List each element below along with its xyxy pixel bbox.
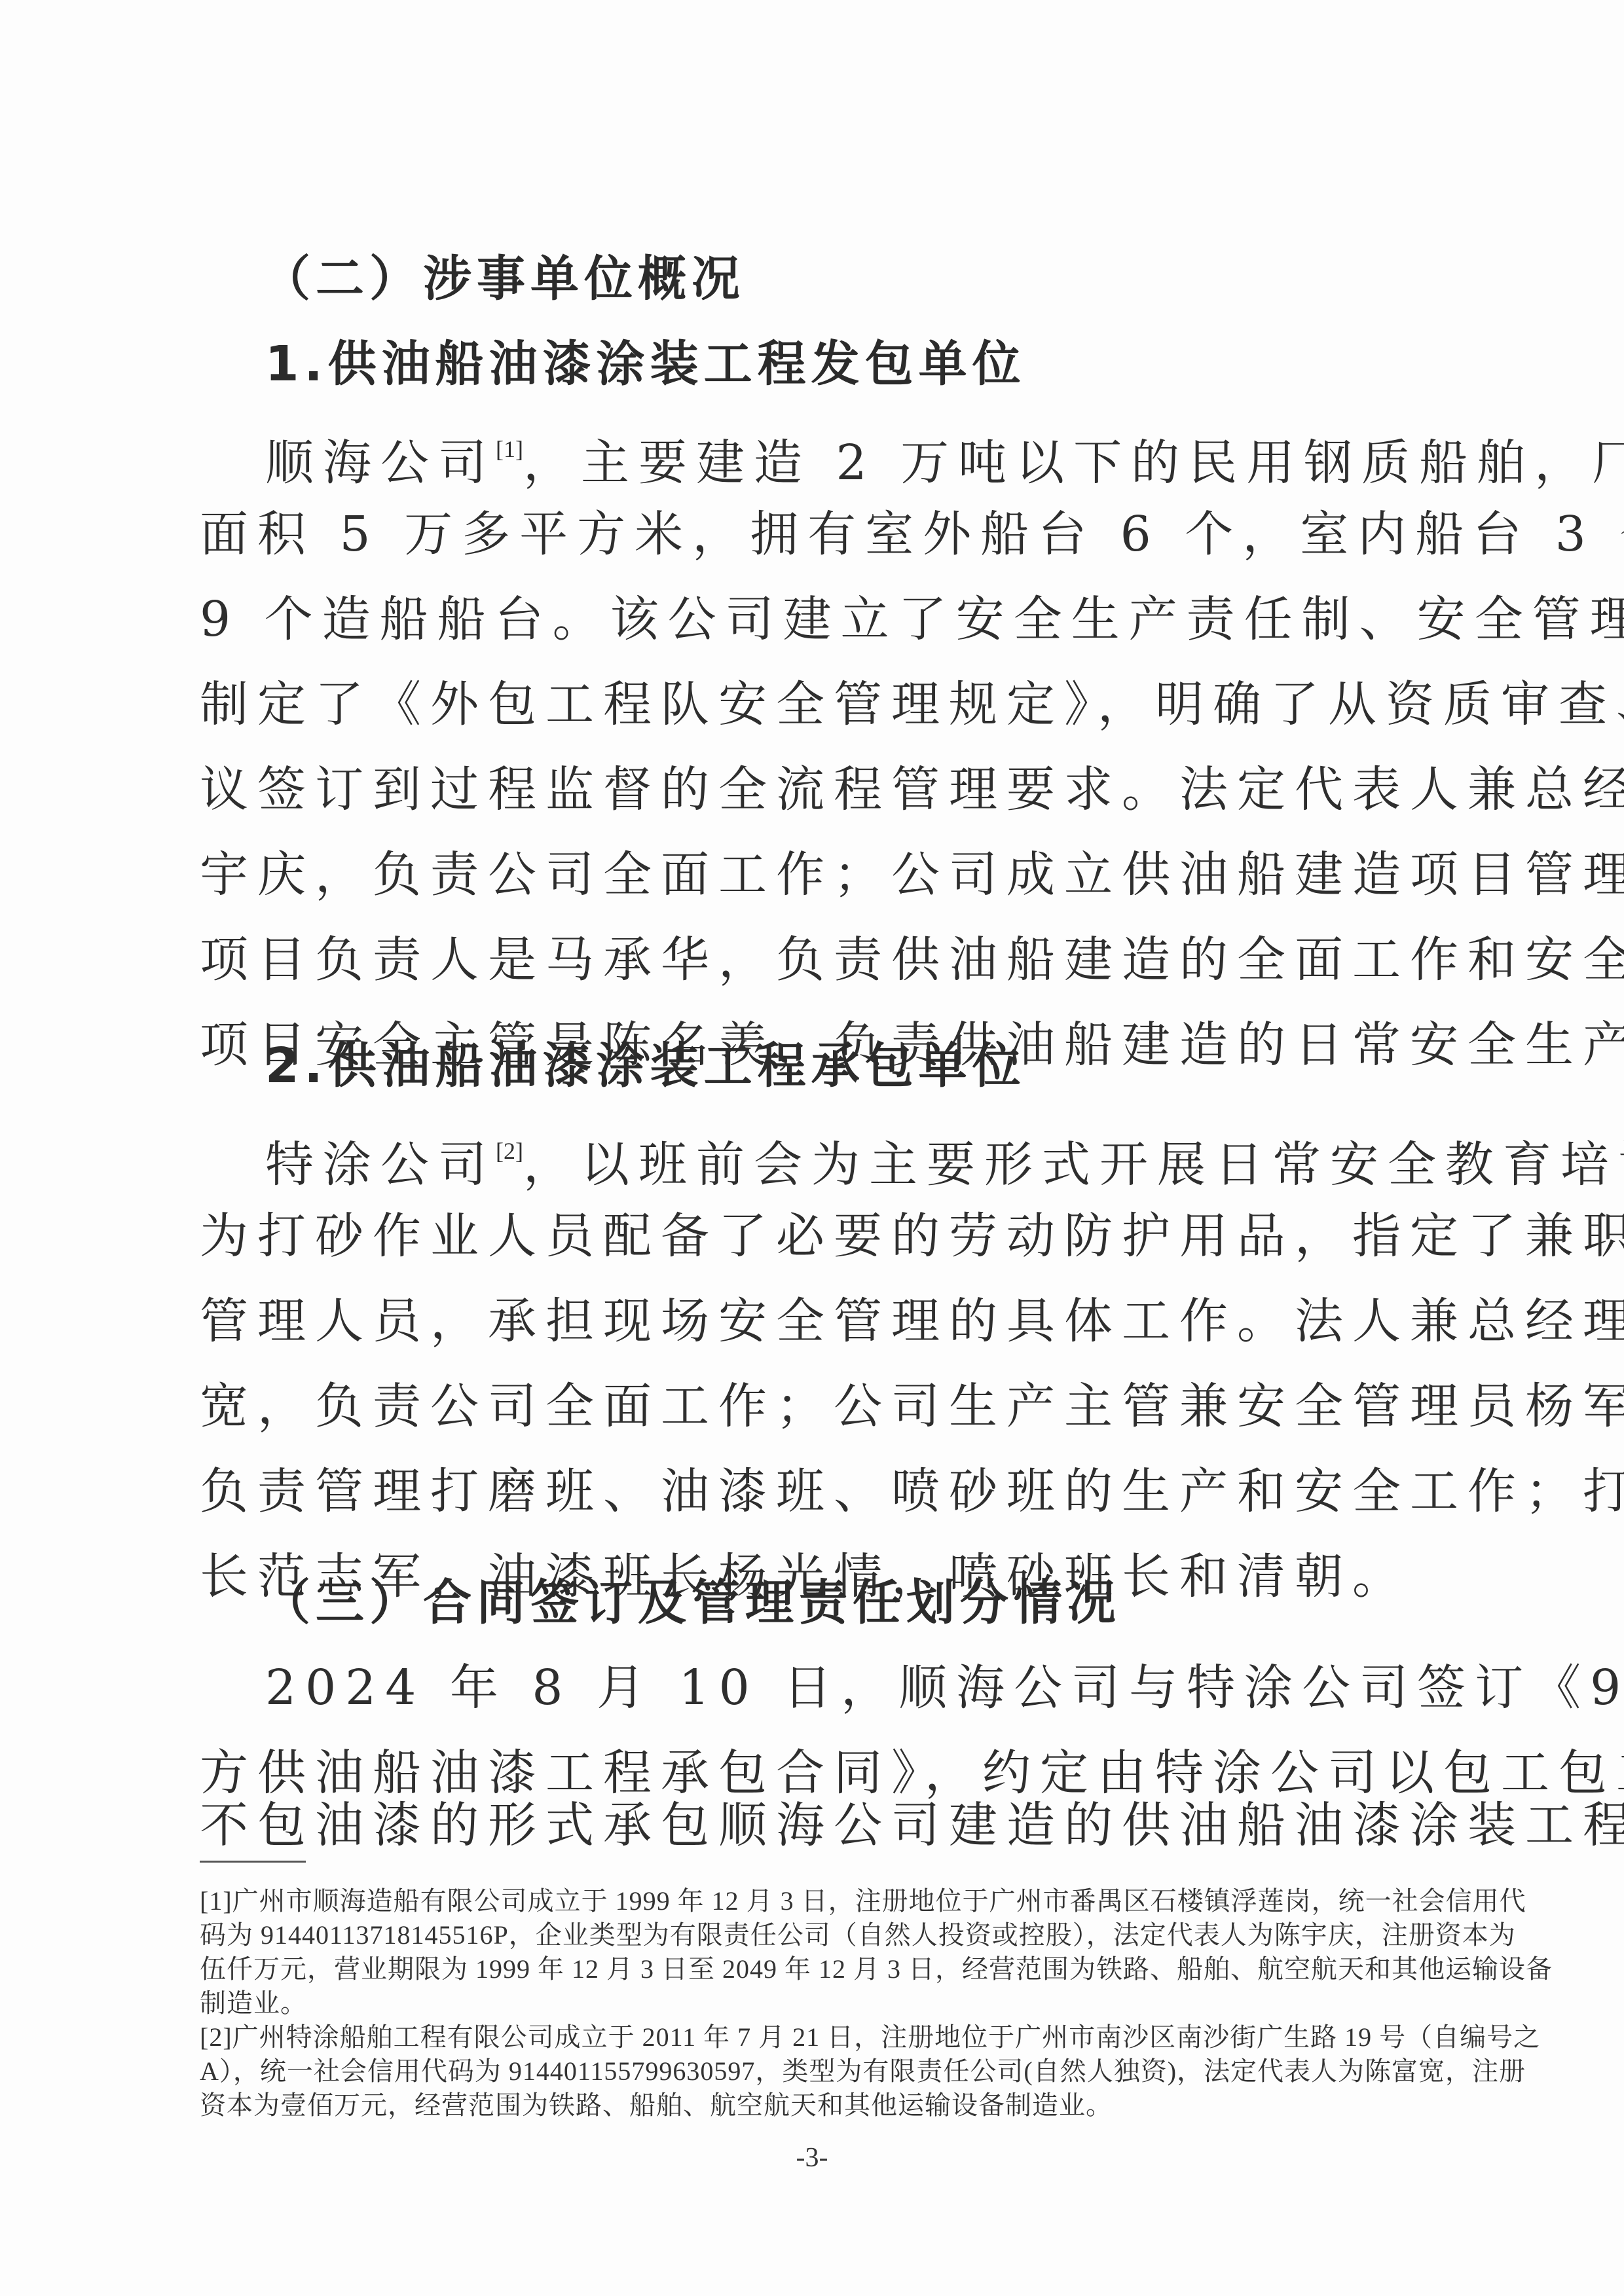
- text: 顺海公司: [265, 435, 496, 491]
- subsection-heading-2: 2.供油船油漆涂装工程承包单位: [265, 1033, 1026, 1099]
- subsection-heading-1: 1.供油船油漆涂装工程发包单位: [265, 331, 1026, 397]
- paragraph-line: 负责管理打磨班、油漆班、喷砂班的生产和安全工作；打磨班: [200, 1459, 1372, 1524]
- document-page: （二）涉事单位概况 1.供油船油漆涂装工程发包单位 顺海公司[1]，主要建造 2…: [0, 0, 1624, 2296]
- paragraph-line: 管理人员，承担现场安全管理的具体工作。法人兼总经理陈富: [200, 1288, 1372, 1354]
- paragraph-line: 议签订到过程监督的全流程管理要求。法定代表人兼总经理陈: [200, 757, 1372, 822]
- text: ，以班前会为主要形式开展日常安全教育培训，: [523, 1137, 1624, 1193]
- footnote-1-line: 制造业。: [200, 1986, 1372, 2020]
- paragraph-line: 宇庆，负责公司全面工作；公司成立供油船建造项目管理架构，: [200, 842, 1372, 907]
- footnote-2-line: A），统一社会信用代码为 91440115579963059​7，类型为有限责任…: [200, 2054, 1372, 2088]
- text: ，主要建造 2 万吨以下的民用钢质船舶，厂区: [523, 435, 1624, 491]
- page-number: -3-: [0, 2142, 1624, 2174]
- paragraph-line: 顺海公司[1]，主要建造 2 万吨以下的民用钢质船舶，厂区: [265, 416, 1372, 496]
- footnote-1-line: [1]广州市顺海造船有限公司成立于 1999 年 12 月 3 日，注册地位于广…: [200, 1884, 1372, 1918]
- footnote-2-line: [2]广州特涂船舶工程有限公司成立于 2011 年 7 月 21 日，注册地位于…: [200, 2020, 1372, 2054]
- text: 特涂公司: [265, 1137, 496, 1193]
- paragraph-line: 项目负责人是马承华，负责供油船建造的全面工作和安全工作；: [200, 927, 1372, 993]
- paragraph-line: 为打砂作业人员配备了必要的劳动防护用品，指定了兼职安全: [200, 1203, 1372, 1269]
- paragraph-line: 不包油漆的形式承包顺海公司建造的供油船油漆涂装工程。工: [200, 1793, 1372, 1858]
- footnote-1-line: 伍仟万元，营业期限为 1999 年 12 月 3 日至 2049 年 12 月 …: [200, 1952, 1372, 1986]
- section-heading-2: （二）涉事单位概况: [262, 246, 745, 312]
- paragraph-line: 9 个造船船台。该公司建立了安全生产责任制、安全管理架构，: [200, 587, 1372, 652]
- footnote-ref-2[interactable]: [2]: [496, 1138, 523, 1164]
- paragraph-line: 面积 5 万多平方米，拥有室外船台 6 个，室内船台 3 个，共计: [200, 501, 1372, 567]
- paragraph-line: 宽，负责公司全面工作；公司生产主管兼安全管理员杨军永，: [200, 1374, 1372, 1439]
- section-heading-3: （三）合同签订及管理责任划分情况: [262, 1570, 1121, 1635]
- footnote-1-line: 码为 91440113718145516P，企业类型为有限责任公司（自然人投资或…: [200, 1918, 1372, 1952]
- footnote-2-line: 资本为壹佰万元，经营范围为铁路、船舶、航空航天和其他运输设备制造业。: [200, 2088, 1372, 2123]
- footnote-separator: [200, 1861, 306, 1863]
- paragraph-line: 制定了《外包工程队安全管理规定》，明确了从资质审查、协: [200, 672, 1372, 737]
- paragraph-line: 特涂公司[2]，以班前会为主要形式开展日常安全教育培训，: [265, 1118, 1372, 1197]
- paragraph-line: 2024 年 8 月 10 日，顺海公司与特涂公司签订《97M6200: [265, 1655, 1372, 1721]
- footnote-ref-1[interactable]: [1]: [496, 436, 523, 462]
